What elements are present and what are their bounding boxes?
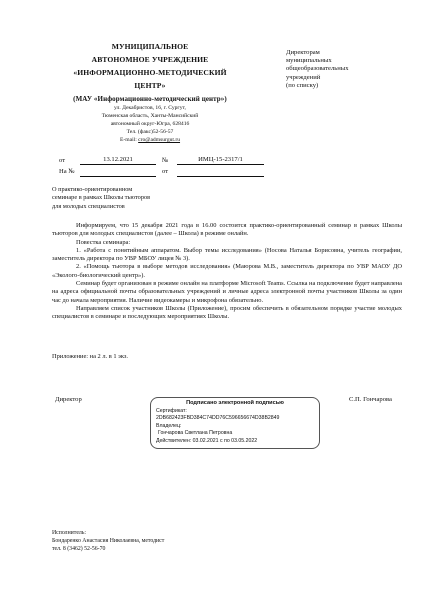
letter-body: Информируем, что 15 декабря 2021 года в … <box>52 222 402 322</box>
subject-line: семинаре в рамках Школы тьюторов <box>52 194 150 202</box>
address-line: Тел. (факс)52-56-57 <box>55 128 245 136</box>
stamp-cert-value: 2DB682423FBD384C74DD76C596656674D38B2849 <box>156 415 314 423</box>
org-name-line-1: МУНИЦИПАЛЬНОЕ <box>55 42 245 51</box>
number-underline <box>177 164 264 165</box>
subject-line: О практико-ориентированном <box>52 186 150 194</box>
stamp-validity: Действителен: 03.02.2021 с по 03.05.2022 <box>156 438 314 446</box>
date-underline <box>80 164 156 165</box>
email-label: E-mail: <box>120 137 138 143</box>
addressee-block: Директорам муниципальных общеобразовател… <box>286 49 349 90</box>
from-label: от <box>59 157 65 164</box>
addressee-line: учреждений <box>286 74 349 82</box>
subject-line: для молодых специалистов <box>52 203 150 211</box>
agenda-item-1: 1. «Работа с понятийным аппаратом. Выбор… <box>52 247 402 264</box>
outgoing-number: ИМЦ-15-2317/1 <box>177 156 264 163</box>
attachment-note: Приложение: на 2 л. в 1 экз. <box>52 353 128 360</box>
address-line: автономный округ-Югра, 628416 <box>55 120 245 128</box>
addressee-line: муниципальных <box>286 57 349 65</box>
stamp-cert-label: Сертификат: <box>156 408 314 416</box>
number-label: № <box>162 157 168 164</box>
reply-number-label: На № <box>59 168 75 175</box>
executor-label: Исполнитель: <box>52 529 164 537</box>
org-name-line-3: «ИНФОРМАЦИОННО-МЕТОДИЧЕСКИЙ <box>55 68 245 77</box>
org-name-line-4: ЦЕНТР» <box>55 81 245 90</box>
reply-number-underline <box>80 176 156 177</box>
org-address: ул. Декабристов, 16, г. Сургут, Тюменска… <box>55 104 245 144</box>
address-line: ул. Декабристов, 16, г. Сургут, <box>55 104 245 112</box>
stamp-owner-value: Гончарова Светлана Петровна <box>156 430 314 438</box>
org-short-name: (МАУ «Информационно-методический центр») <box>55 95 245 103</box>
email-line: E-mail: cro@admsurgut.ru <box>55 136 245 144</box>
reply-from-label: от <box>162 168 168 175</box>
electronic-signature-stamp: Подписано электронной подписью Сертифика… <box>150 397 320 449</box>
stamp-title: Подписано электронной подписью <box>156 400 314 408</box>
executor-block: Исполнитель: Бондаренко Анастасия Никола… <box>52 529 164 553</box>
agenda-item-2: 2. «Помощь тьютора в выборе методов иссл… <box>52 263 402 280</box>
signer-role: Директор <box>55 396 82 403</box>
address-line: Тюменская область, Ханты-Мансийский <box>55 112 245 120</box>
signer-name: С.П. Гончарова <box>349 396 392 403</box>
email-link[interactable]: cro@admsurgut.ru <box>138 137 180 143</box>
addressee-line: Директорам <box>286 49 349 57</box>
agenda-title: Повестка семинара: <box>52 239 402 247</box>
letter-subject: О практико-ориентированном семинаре в ра… <box>52 186 150 211</box>
org-name-line-2: АВТОНОМНОЕ УЧРЕЖДЕНИЕ <box>55 55 245 64</box>
executor-name: Бондаренко Анастасия Николаевна, методис… <box>52 537 164 545</box>
executor-phone: тел. 8 (3462) 52-56-70 <box>52 545 164 553</box>
addressee-line: (по списку) <box>286 82 349 90</box>
outgoing-date: 13.12.2021 <box>80 156 156 163</box>
body-paragraph-participants: Направляем список участников Школы (Прил… <box>52 305 402 322</box>
reply-date-underline <box>177 176 264 177</box>
addressee-line: общеобразовательных <box>286 65 349 73</box>
body-paragraph-intro: Информируем, что 15 декабря 2021 года в … <box>52 222 402 239</box>
stamp-owner-label: Владелец: <box>156 423 314 431</box>
body-paragraph-platform: Семинар будет организован в режиме онлай… <box>52 280 402 305</box>
